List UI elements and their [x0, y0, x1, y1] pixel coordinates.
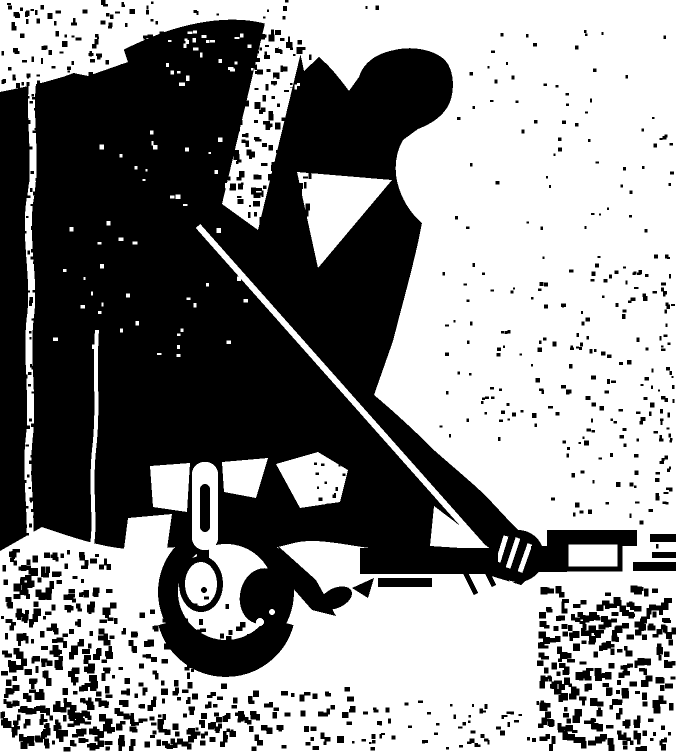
rail-fitting-box	[566, 542, 620, 569]
wheel-hub	[182, 559, 220, 609]
tire-glint-1	[256, 618, 264, 626]
rail-lower-left	[360, 548, 498, 574]
rail-lower-right-thin	[652, 552, 676, 558]
frame-highlight-1	[150, 463, 190, 512]
rail-lower-right	[633, 562, 676, 571]
fork-slot	[200, 484, 210, 532]
tire-glint-2	[269, 609, 275, 615]
frame-highlight-2	[124, 514, 172, 556]
photo-canvas	[0, 0, 676, 752]
halftone-photo	[0, 0, 676, 752]
rail-shadow-left	[378, 578, 432, 587]
hub-axle-dot	[201, 587, 207, 593]
rail-lower-mid	[531, 546, 567, 572]
